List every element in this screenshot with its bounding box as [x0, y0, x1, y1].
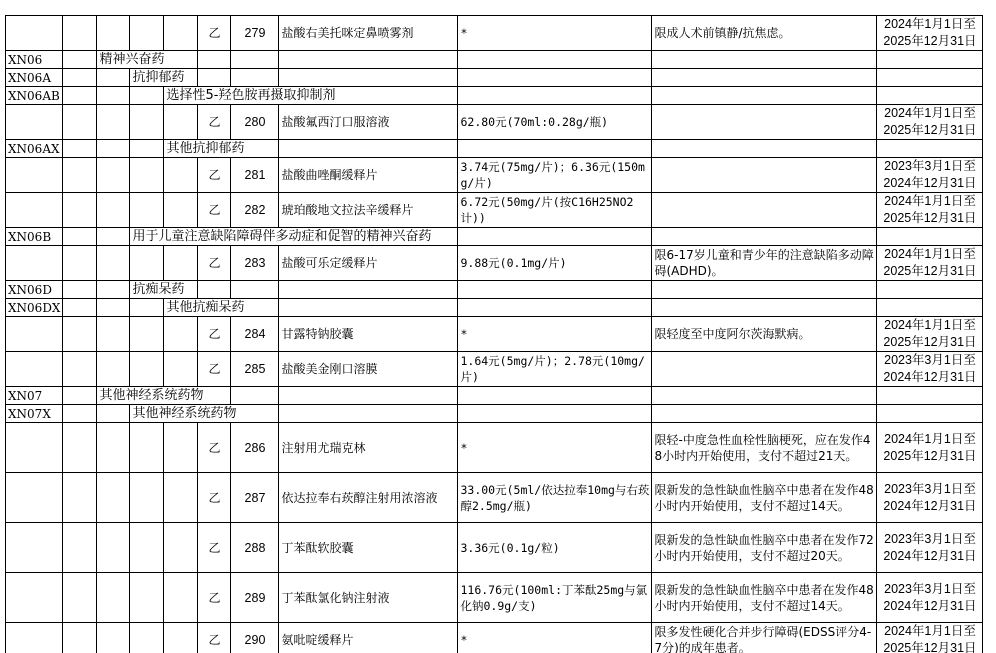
- table-row: 乙 280 盐酸氟西汀口服溶液 62.80元(70ml:0.28g/瓶) 202…: [6, 105, 983, 140]
- empty-cell[interactable]: [164, 573, 198, 623]
- category-cell[interactable]: 乙: [198, 573, 231, 623]
- number-cell[interactable]: 284: [231, 317, 279, 352]
- restriction-cell[interactable]: 限新发的急性缺血性脑卒中患者在发作48小时内开始使用，支付不超过14天。: [652, 573, 877, 623]
- date-to: 2024年12月31日: [879, 548, 980, 565]
- code-cell[interactable]: [6, 105, 63, 140]
- empty-cell[interactable]: [130, 317, 164, 352]
- code-cell[interactable]: [6, 523, 63, 573]
- number-cell[interactable]: 283: [231, 246, 279, 281]
- table-row: XN06D 抗痴呆药: [6, 281, 983, 299]
- empty-cell[interactable]: [458, 299, 652, 317]
- empty-cell[interactable]: [458, 281, 652, 299]
- drug-name-cell[interactable]: 依达拉奉右莰醇注射用浓溶液: [279, 473, 458, 523]
- drug-name-cell[interactable]: 注射用尤瑞克林: [279, 423, 458, 473]
- group-label-cell[interactable]: 精神兴奋药: [97, 51, 198, 69]
- empty-cell[interactable]: [231, 51, 279, 69]
- empty-cell[interactable]: [63, 16, 97, 51]
- drug-name-cell[interactable]: 丁苯酞软胶囊: [279, 523, 458, 573]
- table-row: XN06B 用于儿童注意缺陷障碍伴多动症和促智的精神兴奋药: [6, 228, 983, 246]
- empty-cell[interactable]: [164, 523, 198, 573]
- empty-cell[interactable]: [198, 281, 231, 299]
- drug-name-cell[interactable]: 盐酸右美托咪定鼻喷雾剂: [279, 16, 458, 51]
- empty-cell[interactable]: [97, 623, 130, 653]
- group-label-cell[interactable]: 抗痴呆药: [130, 281, 198, 299]
- date-cell[interactable]: 2023年3月1日至2024年12月31日: [877, 573, 983, 623]
- empty-cell[interactable]: [97, 317, 130, 352]
- date-to: 2025年12月31日: [879, 33, 980, 50]
- empty-cell[interactable]: [130, 16, 164, 51]
- empty-cell[interactable]: [652, 299, 877, 317]
- price-cell[interactable]: 9.88元(0.1mg/片): [458, 246, 652, 281]
- table-row: 乙 287 依达拉奉右莰醇注射用浓溶液 33.00元(5ml/依达拉奉10mg与…: [6, 473, 983, 523]
- category-cell[interactable]: 乙: [198, 246, 231, 281]
- drug-name-cell[interactable]: 甘露特钠胶囊: [279, 317, 458, 352]
- drug-name-cell[interactable]: 盐酸氟西汀口服溶液: [279, 105, 458, 140]
- empty-cell[interactable]: [97, 158, 130, 193]
- restriction-cell[interactable]: 限多发性硬化合并步行障碍(EDSS评分4-7分)的成年患者。: [652, 623, 877, 653]
- code-cell[interactable]: XN06AB: [6, 87, 63, 105]
- empty-cell[interactable]: [652, 140, 877, 158]
- code-cell[interactable]: XN07: [6, 387, 63, 405]
- restriction-cell[interactable]: [652, 105, 877, 140]
- table-row: XN06 精神兴奋药: [6, 51, 983, 69]
- date-cell[interactable]: 2024年1月1日至2025年12月31日: [877, 16, 983, 51]
- group-label-cell[interactable]: 用于儿童注意缺陷障碍伴多动症和促智的精神兴奋药: [130, 228, 458, 246]
- empty-cell[interactable]: [130, 299, 164, 317]
- date-to: 2024年12月31日: [879, 498, 980, 515]
- category-cell[interactable]: 乙: [198, 317, 231, 352]
- drug-name-cell[interactable]: 盐酸可乐定缓释片: [279, 246, 458, 281]
- date-to: 2025年12月31日: [879, 448, 980, 465]
- code-cell[interactable]: XN06B: [6, 228, 63, 246]
- empty-cell[interactable]: [164, 423, 198, 473]
- empty-cell[interactable]: [63, 193, 97, 228]
- empty-cell[interactable]: [164, 623, 198, 653]
- empty-cell[interactable]: [63, 140, 97, 158]
- empty-cell[interactable]: [97, 473, 130, 523]
- restriction-cell[interactable]: 限轻度至中度阿尔茨海默病。: [652, 317, 877, 352]
- table-row: 乙 282 琥珀酸地文拉法辛缓释片 6.72元(50mg/片(按C16H25NO…: [6, 193, 983, 228]
- code-cell[interactable]: [6, 423, 63, 473]
- price-cell[interactable]: 6.72元(50mg/片(按C16H25NO2计)): [458, 193, 652, 228]
- table-row: XN06AB 选择性5-羟色胺再摄取抑制剂: [6, 87, 983, 105]
- empty-cell[interactable]: [458, 228, 652, 246]
- category-cell[interactable]: 乙: [198, 16, 231, 51]
- empty-cell[interactable]: [877, 69, 983, 87]
- empty-cell[interactable]: [63, 623, 97, 653]
- empty-cell[interactable]: [198, 69, 231, 87]
- empty-cell[interactable]: [164, 246, 198, 281]
- restriction-cell[interactable]: 限轻-中度急性血栓性脑梗死，应在发作48小时内开始使用，支付不超过21天。: [652, 423, 877, 473]
- code-cell[interactable]: XN06D: [6, 281, 63, 299]
- category-cell[interactable]: 乙: [198, 105, 231, 140]
- category-cell[interactable]: 乙: [198, 158, 231, 193]
- restriction-cell[interactable]: 限新发的急性缺血性脑卒中患者在发作72小时内开始使用，支付不超过20天。: [652, 523, 877, 573]
- empty-cell[interactable]: [63, 573, 97, 623]
- empty-cell[interactable]: [877, 281, 983, 299]
- table-row: 乙 289 丁苯酞氯化钠注射液 116.76元(100ml:丁苯酞25mg与氯化…: [6, 573, 983, 623]
- empty-cell[interactable]: [130, 473, 164, 523]
- code-cell[interactable]: XN06AX: [6, 140, 63, 158]
- empty-cell[interactable]: [97, 299, 130, 317]
- empty-cell[interactable]: [63, 105, 97, 140]
- date-to: 2024年12月31日: [879, 598, 980, 615]
- date-to: 2025年12月31日: [879, 263, 980, 280]
- drug-name-cell[interactable]: 琥珀酸地文拉法辛缓释片: [279, 193, 458, 228]
- empty-cell[interactable]: [877, 299, 983, 317]
- empty-cell[interactable]: [164, 158, 198, 193]
- empty-cell[interactable]: [279, 387, 458, 405]
- empty-cell[interactable]: [130, 140, 164, 158]
- empty-cell[interactable]: [130, 423, 164, 473]
- empty-cell[interactable]: [279, 140, 458, 158]
- table-row: 乙 279 盐酸右美托咪定鼻喷雾剂 * 限成人术前镇静/抗焦虑。 2024年1月…: [6, 16, 983, 51]
- table-row: XN06A 抗抑郁药: [6, 69, 983, 87]
- table-row: XN07 其他神经系统药物: [6, 387, 983, 405]
- empty-cell[interactable]: [279, 69, 458, 87]
- empty-cell[interactable]: [458, 51, 652, 69]
- date-cell[interactable]: 2024年1月1日至2025年12月31日: [877, 246, 983, 281]
- empty-cell[interactable]: [97, 105, 130, 140]
- date-to: 2024年12月31日: [879, 369, 980, 386]
- empty-cell[interactable]: [652, 87, 877, 105]
- empty-cell[interactable]: [97, 281, 130, 299]
- table-row: 乙 290 氨吡啶缓释片 * 限多发性硬化合并步行障碍(EDSS评分4-7分)的…: [6, 623, 983, 653]
- empty-cell[interactable]: [63, 405, 97, 423]
- date-to: 2025年12月31日: [879, 210, 980, 227]
- date-from: 2024年1月1日至: [879, 623, 980, 640]
- empty-cell[interactable]: [164, 193, 198, 228]
- price-cell[interactable]: *: [458, 623, 652, 653]
- code-cell[interactable]: [6, 473, 63, 523]
- date-to: 2025年12月31日: [879, 122, 980, 139]
- empty-cell[interactable]: [97, 246, 130, 281]
- empty-cell[interactable]: [279, 281, 458, 299]
- price-cell[interactable]: 116.76元(100ml:丁苯酞25mg与氯化钠0.9g/支): [458, 573, 652, 623]
- group-label-cell[interactable]: 其他抗痴呆药: [164, 299, 279, 317]
- date-cell[interactable]: 2024年1月1日至2025年12月31日: [877, 423, 983, 473]
- number-cell[interactable]: 285: [231, 352, 279, 387]
- empty-cell[interactable]: [130, 105, 164, 140]
- empty-cell[interactable]: [164, 317, 198, 352]
- code-cell[interactable]: [6, 623, 63, 653]
- empty-cell[interactable]: [458, 387, 652, 405]
- table-row: 乙 285 盐酸美金刚口溶膜 1.64元(5mg/片)；2.78元(10mg/片…: [6, 352, 983, 387]
- date-from: 2023年3月1日至: [879, 581, 980, 598]
- empty-cell[interactable]: [198, 51, 231, 69]
- code-cell[interactable]: [6, 16, 63, 51]
- group-label-cell[interactable]: 其他抗抑郁药: [164, 140, 279, 158]
- empty-cell[interactable]: [130, 352, 164, 387]
- code-cell[interactable]: [6, 352, 63, 387]
- empty-cell[interactable]: [63, 51, 97, 69]
- code-cell[interactable]: [6, 317, 63, 352]
- group-label-cell[interactable]: 选择性5-羟色胺再摄取抑制剂: [164, 87, 458, 105]
- number-cell[interactable]: 280: [231, 105, 279, 140]
- empty-cell[interactable]: [97, 16, 130, 51]
- empty-cell[interactable]: [97, 523, 130, 573]
- date-from: 2024年1月1日至: [879, 193, 980, 210]
- empty-cell[interactable]: [279, 299, 458, 317]
- drug-name-cell[interactable]: 盐酸曲唑酮缓释片: [279, 158, 458, 193]
- drug-table: 乙 279 盐酸右美托咪定鼻喷雾剂 * 限成人术前镇静/抗焦虑。 2024年1月…: [5, 15, 983, 653]
- number-cell[interactable]: 289: [231, 573, 279, 623]
- number-cell[interactable]: 281: [231, 158, 279, 193]
- table-row: 乙 283 盐酸可乐定缓释片 9.88元(0.1mg/片) 限6-17岁儿童和青…: [6, 246, 983, 281]
- date-to: 2025年12月31日: [879, 334, 980, 351]
- date-from: 2023年3月1日至: [879, 352, 980, 369]
- empty-cell[interactable]: [97, 193, 130, 228]
- empty-cell[interactable]: [63, 158, 97, 193]
- empty-cell[interactable]: [164, 105, 198, 140]
- empty-cell[interactable]: [63, 69, 97, 87]
- number-cell[interactable]: 287: [231, 473, 279, 523]
- code-cell[interactable]: [6, 158, 63, 193]
- price-cell[interactable]: 1.64元(5mg/片)；2.78元(10mg/片): [458, 352, 652, 387]
- empty-cell[interactable]: [63, 423, 97, 473]
- date-cell[interactable]: 2024年1月1日至2025年12月31日: [877, 623, 983, 653]
- category-cell[interactable]: 乙: [198, 473, 231, 523]
- date-from: 2024年1月1日至: [879, 246, 980, 263]
- empty-cell[interactable]: [458, 140, 652, 158]
- empty-cell[interactable]: [97, 87, 130, 105]
- date-cell[interactable]: 2023年3月1日至2024年12月31日: [877, 158, 983, 193]
- empty-cell[interactable]: [877, 405, 983, 423]
- category-cell[interactable]: 乙: [198, 352, 231, 387]
- empty-cell[interactable]: [63, 352, 97, 387]
- group-label-cell[interactable]: 其他神经系统药物: [130, 405, 279, 423]
- group-label-cell[interactable]: 抗抑郁药: [130, 69, 198, 87]
- empty-cell[interactable]: [130, 523, 164, 573]
- empty-cell[interactable]: [652, 405, 877, 423]
- empty-cell[interactable]: [877, 87, 983, 105]
- restriction-cell[interactable]: [652, 352, 877, 387]
- empty-cell[interactable]: [130, 87, 164, 105]
- restriction-cell[interactable]: 限6-17岁儿童和青少年的注意缺陷多动障碍(ADHD)。: [652, 246, 877, 281]
- empty-cell[interactable]: [458, 405, 652, 423]
- price-cell[interactable]: *: [458, 423, 652, 473]
- empty-cell[interactable]: [279, 405, 458, 423]
- table-row: XN06DX 其他抗痴呆药: [6, 299, 983, 317]
- empty-cell[interactable]: [97, 228, 130, 246]
- date-from: 2024年1月1日至: [879, 317, 980, 334]
- empty-cell[interactable]: [97, 423, 130, 473]
- empty-cell[interactable]: [130, 158, 164, 193]
- empty-cell[interactable]: [63, 228, 97, 246]
- empty-cell[interactable]: [63, 281, 97, 299]
- empty-cell[interactable]: [63, 299, 97, 317]
- empty-cell[interactable]: [458, 69, 652, 87]
- empty-cell[interactable]: [97, 573, 130, 623]
- empty-cell[interactable]: [652, 51, 877, 69]
- restriction-cell[interactable]: 限新发的急性缺血性脑卒中患者在发作48小时内开始使用，支付不超过14天。: [652, 473, 877, 523]
- table-row: 乙 288 丁苯酞软胶囊 3.36元(0.1g/粒) 限新发的急性缺血性脑卒中患…: [6, 523, 983, 573]
- date-from: 2023年3月1日至: [879, 158, 980, 175]
- drug-name-cell[interactable]: 丁苯酞氯化钠注射液: [279, 573, 458, 623]
- date-from: 2023年3月1日至: [879, 531, 980, 548]
- empty-cell[interactable]: [164, 352, 198, 387]
- empty-cell[interactable]: [63, 387, 97, 405]
- group-label-cell[interactable]: 其他神经系统药物: [97, 387, 231, 405]
- code-cell[interactable]: XN07X: [6, 405, 63, 423]
- drug-list-spreadsheet: 乙 279 盐酸右美托咪定鼻喷雾剂 * 限成人术前镇静/抗焦虑。 2024年1月…: [5, 15, 983, 653]
- number-cell[interactable]: 286: [231, 423, 279, 473]
- empty-cell[interactable]: [130, 573, 164, 623]
- drug-name-cell[interactable]: 盐酸美金刚口溶膜: [279, 352, 458, 387]
- number-cell[interactable]: 290: [231, 623, 279, 653]
- table-row: 乙 286 注射用尤瑞克林 * 限轻-中度急性血栓性脑梗死，应在发作48小时内开…: [6, 423, 983, 473]
- date-cell[interactable]: 2023年3月1日至2024年12月31日: [877, 523, 983, 573]
- number-cell[interactable]: 282: [231, 193, 279, 228]
- code-cell[interactable]: XN06: [6, 51, 63, 69]
- restriction-cell[interactable]: 限成人术前镇静/抗焦虑。: [652, 16, 877, 51]
- price-cell[interactable]: 62.80元(70ml:0.28g/瓶): [458, 105, 652, 140]
- empty-cell[interactable]: [231, 281, 279, 299]
- table-row: 乙 284 甘露特钠胶囊 * 限轻度至中度阿尔茨海默病。 2024年1月1日至2…: [6, 317, 983, 352]
- table-row: XN06AX 其他抗抑郁药: [6, 140, 983, 158]
- restriction-cell[interactable]: [652, 158, 877, 193]
- code-cell[interactable]: XN06A: [6, 69, 63, 87]
- date-cell[interactable]: 2023年3月1日至2024年12月31日: [877, 352, 983, 387]
- date-cell[interactable]: 2023年3月1日至2024年12月31日: [877, 473, 983, 523]
- empty-cell[interactable]: [877, 387, 983, 405]
- date-from: 2024年1月1日至: [879, 105, 980, 122]
- empty-cell[interactable]: [130, 246, 164, 281]
- category-cell[interactable]: 乙: [198, 423, 231, 473]
- empty-cell[interactable]: [231, 387, 279, 405]
- empty-cell[interactable]: [877, 228, 983, 246]
- category-cell[interactable]: 乙: [198, 523, 231, 573]
- date-from: 2024年1月1日至: [879, 431, 980, 448]
- code-cell[interactable]: XN06DX: [6, 299, 63, 317]
- date-to: 2025年12月31日: [879, 640, 980, 653]
- empty-cell[interactable]: [458, 87, 652, 105]
- empty-cell[interactable]: [63, 87, 97, 105]
- date-from: 2024年1月1日至: [879, 16, 980, 33]
- empty-cell[interactable]: [652, 69, 877, 87]
- empty-cell[interactable]: [877, 140, 983, 158]
- number-cell[interactable]: 279: [231, 16, 279, 51]
- empty-cell[interactable]: [97, 69, 130, 87]
- date-cell[interactable]: 2024年1月1日至2025年12月31日: [877, 317, 983, 352]
- table-row: XN07X 其他神经系统药物: [6, 405, 983, 423]
- category-cell[interactable]: 乙: [198, 193, 231, 228]
- empty-cell[interactable]: [652, 228, 877, 246]
- drug-name-cell[interactable]: 氨吡啶缓释片: [279, 623, 458, 653]
- empty-cell[interactable]: [63, 473, 97, 523]
- empty-cell[interactable]: [97, 140, 130, 158]
- empty-cell[interactable]: [877, 51, 983, 69]
- restriction-cell[interactable]: [652, 193, 877, 228]
- price-cell[interactable]: *: [458, 16, 652, 51]
- empty-cell[interactable]: [63, 317, 97, 352]
- price-cell[interactable]: 33.00元(5ml/依达拉奉10mg与右莰醇2.5mg/瓶): [458, 473, 652, 523]
- code-cell[interactable]: [6, 573, 63, 623]
- number-cell[interactable]: 288: [231, 523, 279, 573]
- empty-cell[interactable]: [652, 387, 877, 405]
- empty-cell[interactable]: [164, 473, 198, 523]
- empty-cell[interactable]: [130, 623, 164, 653]
- empty-cell[interactable]: [63, 523, 97, 573]
- empty-cell[interactable]: [130, 193, 164, 228]
- empty-cell[interactable]: [97, 352, 130, 387]
- price-cell[interactable]: *: [458, 317, 652, 352]
- date-cell[interactable]: 2024年1月1日至2025年12月31日: [877, 105, 983, 140]
- price-cell[interactable]: 3.74元(75mg/片)；6.36元(150mg/片): [458, 158, 652, 193]
- date-cell[interactable]: 2024年1月1日至2025年12月31日: [877, 193, 983, 228]
- table-row: 乙 281 盐酸曲唑酮缓释片 3.74元(75mg/片)；6.36元(150mg…: [6, 158, 983, 193]
- category-cell[interactable]: 乙: [198, 623, 231, 653]
- empty-cell[interactable]: [164, 16, 198, 51]
- date-from: 2023年3月1日至: [879, 481, 980, 498]
- price-cell[interactable]: 3.36元(0.1g/粒): [458, 523, 652, 573]
- empty-cell[interactable]: [279, 51, 458, 69]
- code-cell[interactable]: [6, 246, 63, 281]
- empty-cell[interactable]: [231, 69, 279, 87]
- empty-cell[interactable]: [97, 405, 130, 423]
- code-cell[interactable]: [6, 193, 63, 228]
- empty-cell[interactable]: [63, 246, 97, 281]
- empty-cell[interactable]: [652, 281, 877, 299]
- date-to: 2024年12月31日: [879, 175, 980, 192]
